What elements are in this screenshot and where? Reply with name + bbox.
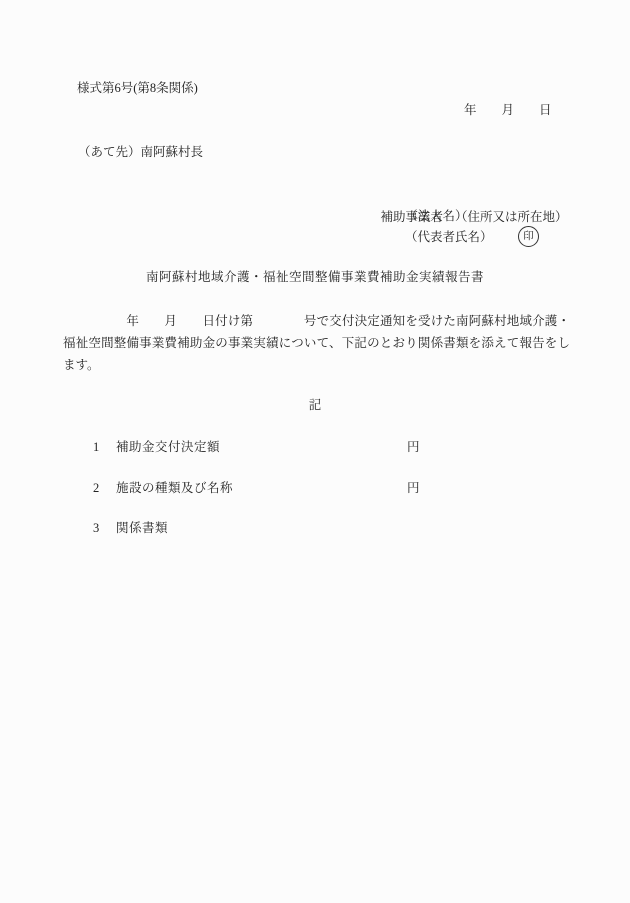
record-heading: 記 [0,394,630,416]
list-item: 1 補助金交付決定額 円 [0,436,630,458]
item-label: 関係書類 [116,517,168,539]
item-number: 2 [93,477,99,499]
list-item: 2 施設の種類及び名称 円 [0,477,630,499]
representative-name-label: （代表者氏名） [405,226,493,248]
seal-stamp-mark: 印 [518,226,539,247]
document-page: 様式第6号(第8条関係) 年 月 日 （あて先）南阿蘇村長 補助事業者（住所又は… [0,0,630,903]
applicant-address-label: （住所又は所在地） [455,210,568,224]
date-field: 年 月 日 [464,99,552,121]
item-label: 補助金交付決定額 [116,436,220,458]
form-number: 様式第6号(第8条関係) [77,77,198,99]
document-title: 南阿蘇村地域介護・福祉空間整備事業費補助金実績報告書 [0,266,630,288]
item-number: 1 [93,436,99,458]
item-label: 施設の種類及び名称 [116,477,233,499]
item-unit-yen: 円 [407,436,420,458]
body-paragraph: 年 月 日付け第 号で交付決定通知を受けた南阿蘇村地域介護・福祉空間整備事業費補… [63,311,570,376]
item-unit-yen: 円 [407,477,420,499]
list-item: 3 関係書類 [0,517,630,539]
item-number: 3 [93,517,99,539]
corporate-name-label: （法人名） [405,205,468,227]
addressee-line: （あて先）南阿蘇村長 [78,141,203,163]
